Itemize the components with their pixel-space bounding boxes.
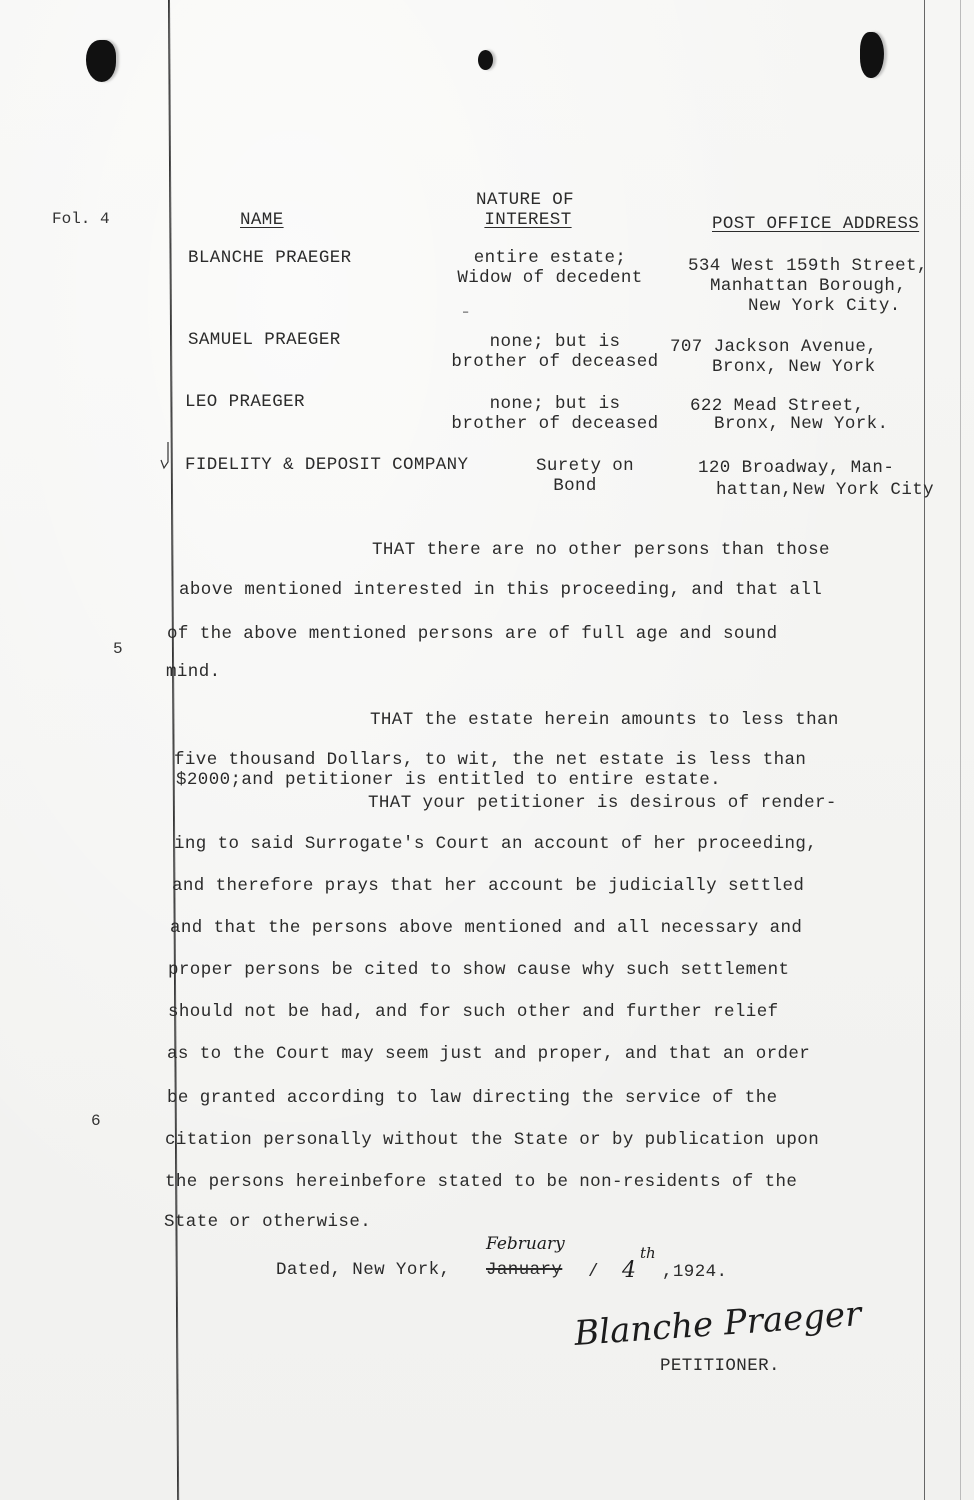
row-address-line2: Manhattan Borough,	[710, 276, 906, 296]
text-line: the persons hereinbefore stated to be no…	[165, 1172, 797, 1192]
text-line: State or otherwise.	[164, 1212, 371, 1232]
folio-number-5: 5	[113, 640, 123, 658]
row-name: LEO PRAEGER	[185, 392, 305, 412]
text-line: THAT the estate herein amounts to less t…	[370, 710, 839, 730]
text-line: mind.	[166, 662, 221, 682]
row-address-line1: 120 Broadway, Man-	[698, 458, 894, 478]
row-address-line1: 622 Mead Street,	[690, 396, 864, 416]
text-line: above mentioned interested in this proce…	[179, 580, 822, 600]
signature: Blanche Praeger	[573, 1294, 863, 1354]
text-line: of the above mentioned persons are of fu…	[167, 624, 778, 644]
petitioner-label: PETITIONER.	[660, 1356, 780, 1376]
header-interest-line2: INTEREST	[458, 210, 598, 230]
punch-hole-center	[478, 50, 493, 70]
folio-label: Fol. 4	[52, 210, 110, 228]
handwritten-day: 4	[622, 1258, 636, 1283]
text-line: THAT your petitioner is desirous of rend…	[368, 793, 837, 813]
row-interest-line1: entire estate;	[430, 248, 670, 268]
punch-hole-left	[86, 40, 116, 82]
row-interest-line1: none; but is	[430, 332, 680, 352]
punch-hole-right	[860, 32, 884, 78]
document-page: Fol. 4 5 6 NATURE OF NAME INTEREST POST …	[0, 0, 974, 1500]
row-name: SAMUEL PRAEGER	[188, 330, 341, 350]
text-line: and that the persons above mentioned and…	[170, 918, 802, 938]
text-line: citation personally without the State or…	[165, 1130, 819, 1150]
folio-number-6: 6	[91, 1112, 101, 1130]
row-address-line1: 707 Jackson Avenue,	[670, 337, 877, 357]
text-line: $2000;and petitioner is entitled to enti…	[176, 770, 721, 790]
comma-slash: /	[588, 1262, 599, 1282]
text-line: be granted according to law directing th…	[167, 1088, 778, 1108]
row-address-line1: 534 West 159th Street,	[688, 256, 928, 276]
text-line: as to the Court may seem just and proper…	[167, 1044, 810, 1064]
row-address-line2: hattan,New York City	[716, 480, 934, 500]
right-margin-rule	[924, 0, 925, 1500]
handwritten-day-suffix: th	[640, 1244, 656, 1262]
row-name: BLANCHE PRAEGER	[188, 248, 352, 268]
struck-month: January	[486, 1260, 562, 1280]
text-line: THAT there are no other persons than tho…	[372, 540, 830, 560]
text-line: five thousand Dollars, to wit, the net e…	[174, 750, 806, 770]
row-interest-line1: none; but is	[430, 394, 680, 414]
row-interest-line2: Widow of decedent	[430, 268, 670, 288]
row-interest-line2: brother of deceased	[430, 352, 680, 372]
handwritten-month: February	[486, 1234, 565, 1254]
header-name: NAME	[240, 210, 284, 230]
margin-hook-mark	[158, 440, 172, 470]
row-address-line3: New York City.	[748, 296, 901, 316]
page-edge-rule	[960, 0, 961, 1500]
text-line: should not be had, and for such other an…	[168, 1002, 779, 1022]
header-address: POST OFFICE ADDRESS	[712, 214, 919, 234]
row-address-line2: Bronx, New York.	[714, 414, 888, 434]
row-interest-line1: Surety on	[520, 456, 650, 476]
row-interest-line2: brother of deceased	[430, 414, 680, 434]
row-address-line2: Bronx, New York	[712, 357, 876, 377]
text-line: and therefore prays that her account be …	[172, 876, 804, 896]
text-line: ing to said Surrogate's Court an account…	[174, 834, 817, 854]
text-line: proper persons be cited to show cause wh…	[168, 960, 789, 980]
row-name: FIDELITY & DEPOSIT COMPANY	[185, 455, 468, 475]
dated-year: ,1924.	[662, 1262, 727, 1282]
row-interest-line2: Bond	[520, 476, 630, 496]
dash-mark: –	[462, 302, 470, 322]
header-interest-line1: NATURE OF	[440, 190, 610, 210]
dated-prefix: Dated, New York,	[276, 1260, 461, 1280]
